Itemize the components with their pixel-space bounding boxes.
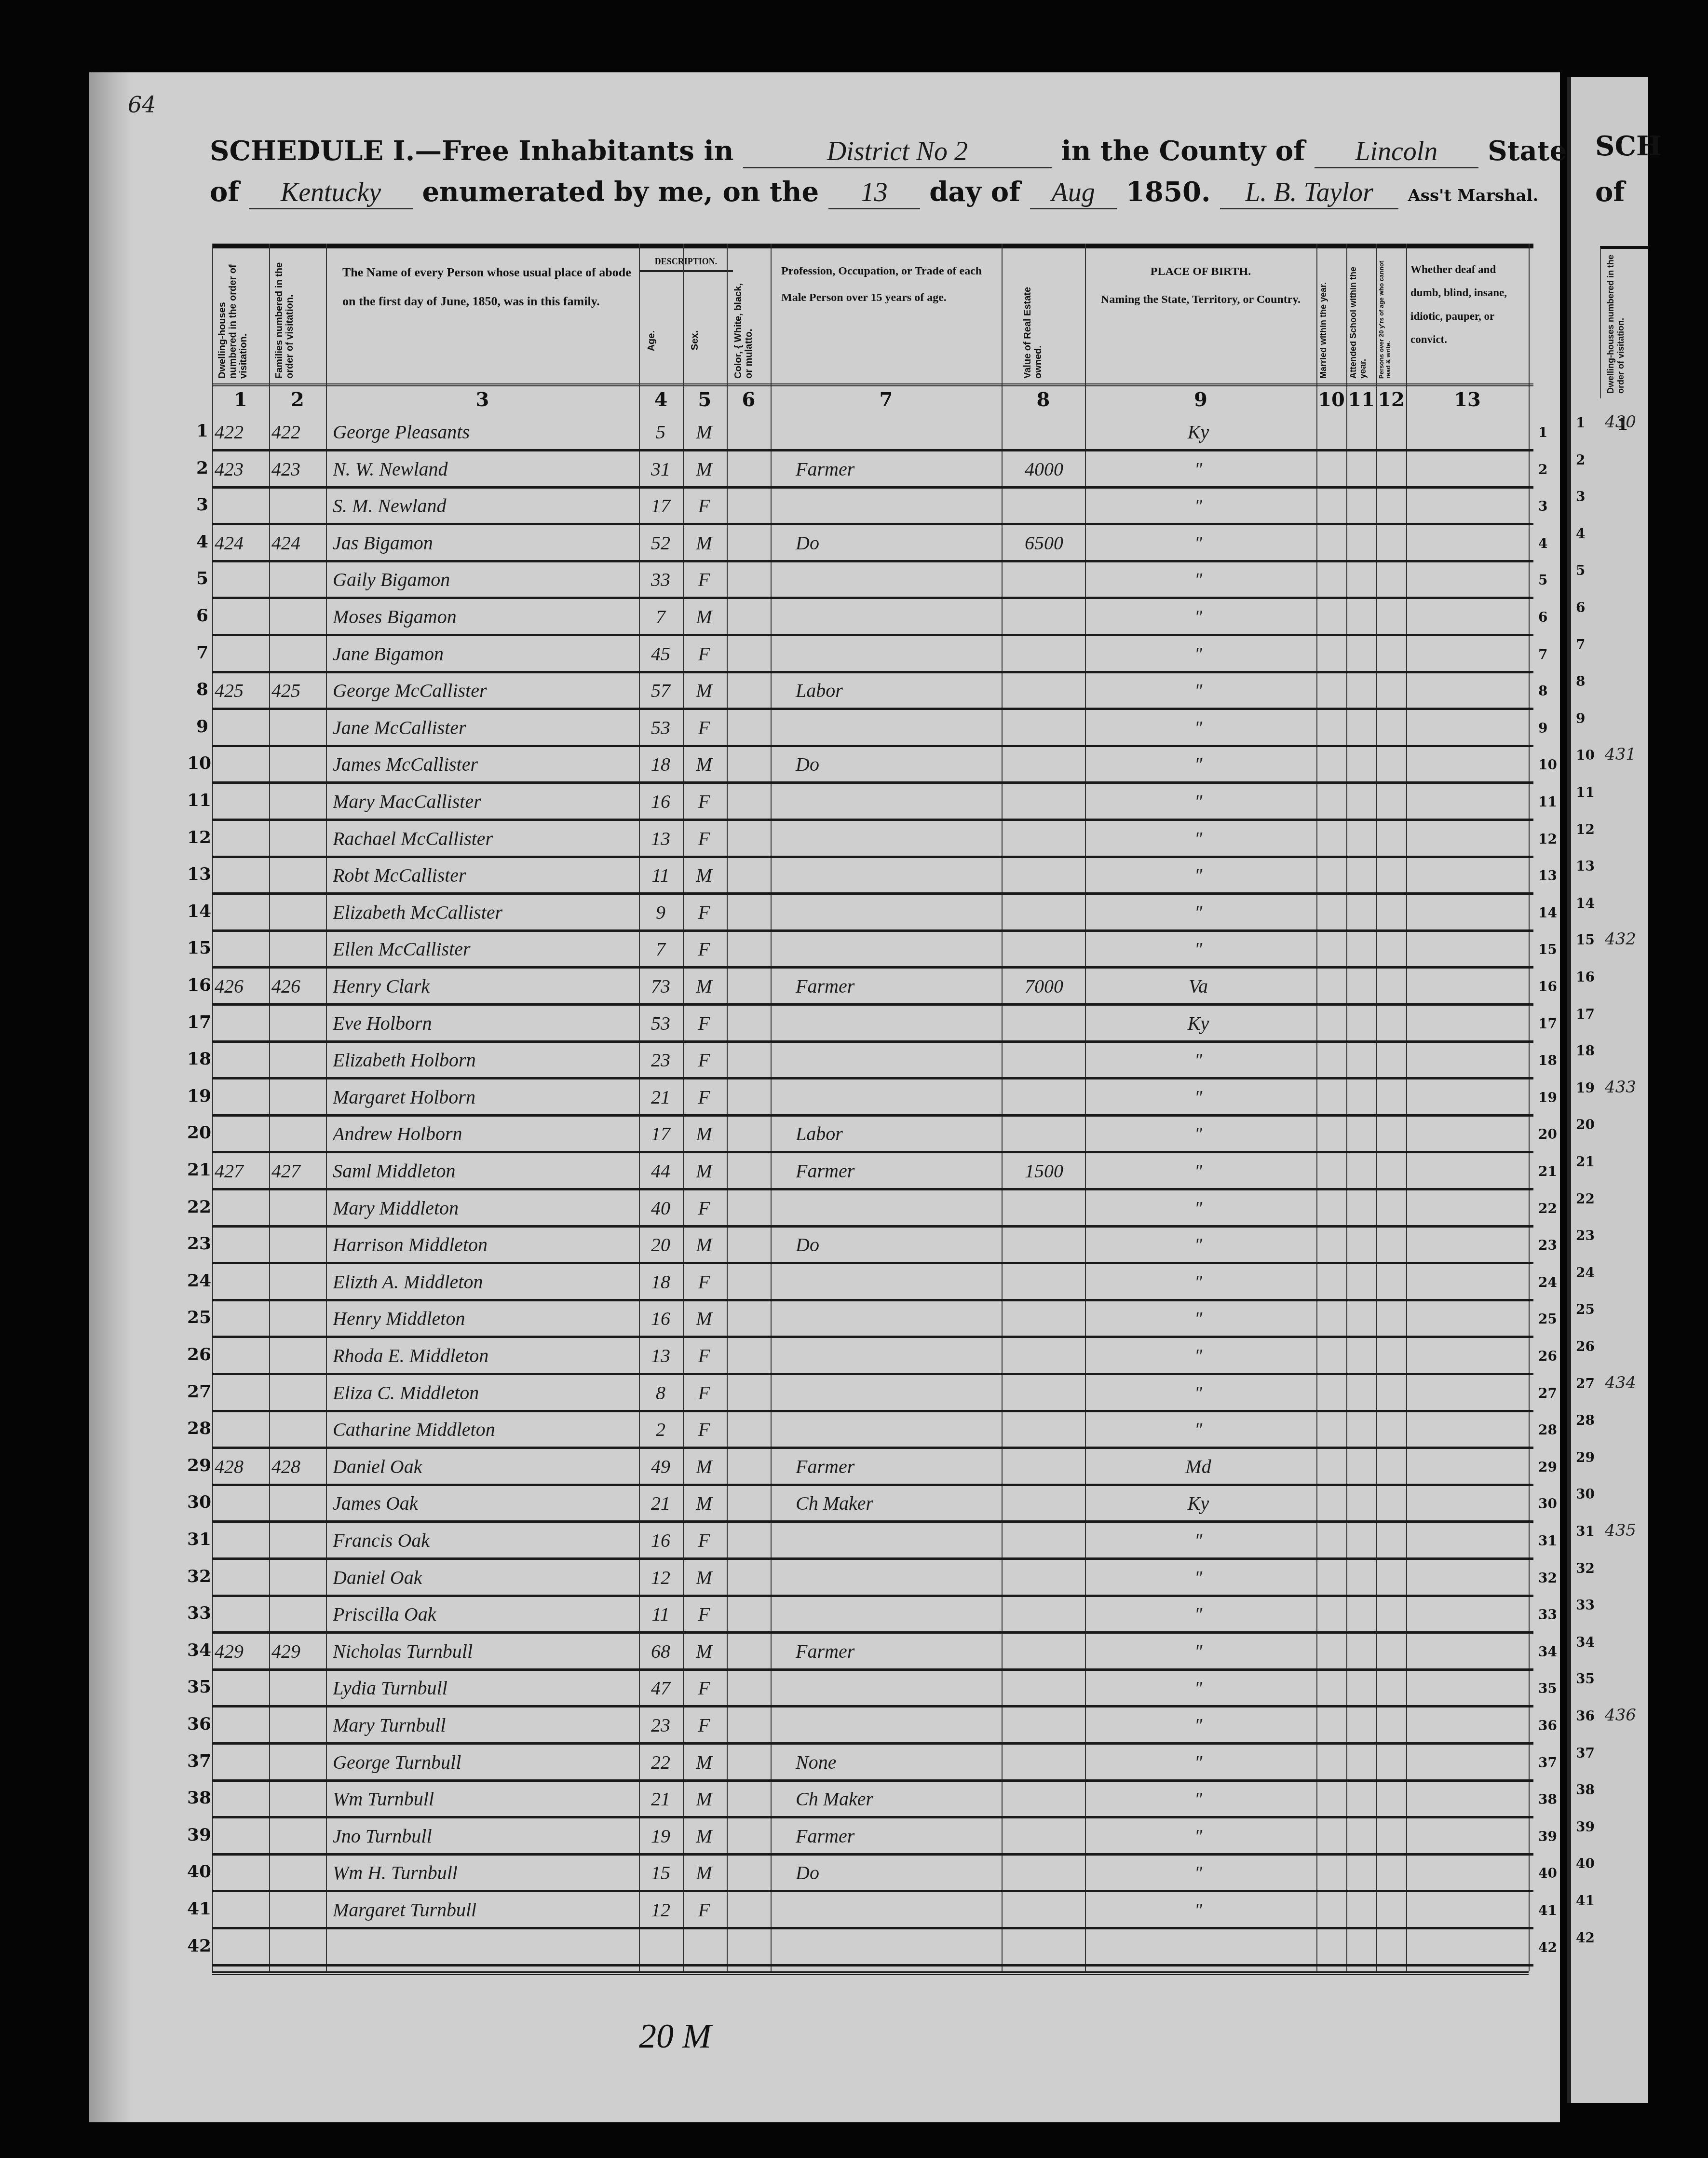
dwelling-number: 422 [215,421,268,450]
header-age: Age. [646,330,657,379]
family-number: 423 [271,458,325,487]
age: 5 [641,421,680,450]
sex: F [685,1049,723,1078]
occupation: Do [776,1861,1017,1890]
color [728,1640,767,1669]
row-number: 30 [187,1492,208,1512]
row-number-right: 3 [1538,498,1547,514]
row-number-right: 12 [1538,831,1557,847]
row-rule [212,1705,1533,1707]
sex: M [685,1825,723,1854]
table-row: 1414Elizabeth McCallister9F" [212,895,1533,932]
column-number: 7 [771,388,1002,411]
birthplace: Va [1087,975,1309,1004]
row-number: 1 [187,421,208,441]
state-label: State [1488,135,1567,167]
occupation [776,494,1017,523]
occupation: Ch Maker [776,1788,1017,1817]
family-number [271,1049,325,1078]
real-estate-value [1005,1825,1083,1854]
dwelling-number: 423 [215,458,268,487]
table-row: 3333Priscilla Oak11F" [212,1597,1533,1634]
birthplace: " [1087,1049,1309,1078]
dwelling-number: 424 [215,532,268,560]
table-row: 1818Elizabeth Holborn23F" [212,1043,1533,1079]
age: 13 [641,827,680,856]
sex: M [685,605,723,634]
family-number [271,494,325,523]
column-number: 9 [1085,388,1316,411]
person-name: Margaret Holborn [333,1086,632,1115]
row-number: 10 [187,753,208,773]
column-number: 12 [1376,388,1406,411]
birthplace: Ky [1087,1492,1309,1521]
column-number: 3 [326,388,639,411]
table-row: 3737George Turnbull22MNone" [212,1745,1533,1782]
occupation [776,1418,1017,1447]
table-row: 3131Francis Oak16F" [212,1523,1533,1560]
real-estate-value [1005,1677,1083,1706]
marshal-name-field: L. B. Taylor [1220,177,1398,209]
dwelling-number: 427 [215,1160,268,1188]
occupation: Farmer [776,1455,1017,1484]
real-estate-value [1005,1418,1083,1447]
row-number-right: 28 [1538,1422,1557,1438]
county-label: in the County of [1061,135,1305,167]
dwelling-number [215,716,268,745]
family-number: 428 [271,1455,325,1484]
row-number-right: 40 [1538,1865,1557,1881]
dwelling-number [215,1012,268,1041]
sex: F [685,1418,723,1447]
page-number: 64 [128,92,156,118]
sex: M [685,1307,723,1336]
adjacent-row-number: 21 [1576,1154,1595,1170]
dwelling-number [215,1233,268,1262]
row-number-right: 33 [1538,1607,1557,1623]
table-row: 11422422George Pleasants5MKy [212,415,1533,451]
color [728,1418,767,1447]
dwelling-number [215,1529,268,1558]
occupation [776,605,1017,634]
color [728,421,767,450]
row-number-right: 1 [1538,424,1547,440]
occupation: Farmer [776,1640,1017,1669]
row-number: 22 [187,1197,208,1217]
color [728,827,767,856]
column-number: 2 [269,388,326,411]
header-family: Families numbered in the order of visita… [274,258,322,383]
adjacent-row-number: 24 [1576,1265,1595,1281]
row-rule [212,892,1533,895]
row-number: 41 [187,1898,208,1919]
family-number [271,1825,325,1854]
dwelling-number [215,1603,268,1632]
color [728,458,767,487]
real-estate-value [1005,1344,1083,1373]
header-real-estate: Value of Real Estate owned. [1022,258,1061,383]
birthplace: " [1087,753,1309,782]
real-estate-value [1005,1012,1083,1041]
row-rule [212,1003,1533,1006]
sex: M [685,1640,723,1669]
age: 17 [641,494,680,523]
birthplace: " [1087,1751,1309,1780]
of-label: of [210,176,239,208]
row-number: 8 [187,679,208,699]
row-rule [212,671,1533,673]
row-number: 29 [187,1455,208,1475]
row-number: 6 [187,605,208,626]
birthplace: Ky [1087,1012,1309,1041]
row-number-right: 35 [1538,1680,1557,1696]
table-row: 1010James McCallister18MDo" [212,747,1533,784]
real-estate-value [1005,938,1083,967]
row-number: 27 [187,1381,208,1402]
color [728,1603,767,1632]
row-number: 26 [187,1344,208,1365]
age: 12 [641,1898,680,1927]
family-number [271,642,325,671]
color [728,1307,767,1336]
adjacent-title: SCH [1595,130,1662,162]
real-estate-value [1005,1861,1083,1890]
row-rule [212,523,1533,525]
birthplace: " [1087,1307,1309,1336]
row-number: 24 [187,1270,208,1291]
dwelling-number [215,1086,268,1115]
row-number: 18 [187,1049,208,1069]
dwelling-number [215,494,268,523]
color [728,1529,767,1558]
age: 8 [641,1381,680,1410]
row-number: 36 [187,1714,208,1734]
table-row: 2727Eliza C. Middleton8F" [212,1376,1533,1412]
person-name: Andrew Holborn [333,1122,632,1151]
occupation [776,421,1017,450]
age: 22 [641,1751,680,1780]
row-rule [212,1114,1533,1117]
person-name: George Pleasants [333,421,632,450]
real-estate-value [1005,1788,1083,1817]
color [728,642,767,671]
occupation: Farmer [776,458,1017,487]
occupation [776,1270,1017,1299]
sex: M [685,864,723,893]
row-number-right: 7 [1538,646,1547,662]
birthplace: " [1087,1529,1309,1558]
row-number: 16 [187,975,208,995]
family-number [271,1197,325,1226]
family-number [271,568,325,597]
table-row: 2323Harrison Middleton20MDo" [212,1228,1533,1264]
real-estate-value: 1500 [1005,1160,1083,1188]
age: 40 [641,1197,680,1226]
sex: F [685,494,723,523]
person-name: Eve Holborn [333,1012,632,1041]
real-estate-value [1005,1529,1083,1558]
birthplace: " [1087,1233,1309,1262]
family-number [271,753,325,782]
age: 21 [641,1492,680,1521]
adjacent-row-number: 14 [1576,895,1595,911]
month-field: Aug [1030,177,1117,209]
row-number: 37 [187,1751,208,1771]
real-estate-value: 7000 [1005,975,1083,1004]
column-number: 11 [1346,388,1376,411]
occupation [776,716,1017,745]
family-number: 429 [271,1640,325,1669]
occupation [776,1603,1017,1632]
table-row: 4242 [212,1930,1533,1967]
person-name: Margaret Turnbull [333,1898,632,1927]
occupation: Farmer [776,1825,1017,1854]
real-estate-value [1005,1898,1083,1927]
adjacent-row-number: 31 [1576,1523,1595,1539]
age: 31 [641,458,680,487]
real-estate-value [1005,1233,1083,1262]
row-rule [212,1853,1533,1856]
sex: F [685,568,723,597]
header-occupation: Profession, Occupation, or Trade of each… [781,258,993,383]
occupation: Do [776,753,1017,782]
row-number: 14 [187,901,208,921]
real-estate-value [1005,1122,1083,1151]
row-rule [212,1890,1533,1892]
table-row: 33S. M. Newland17F" [212,489,1533,525]
birthplace: " [1087,1677,1309,1706]
row-number-right: 22 [1538,1201,1557,1216]
color [728,716,767,745]
dwelling-number [215,827,268,856]
color [728,1160,767,1188]
row-rule [212,1373,1533,1375]
row-number-right: 29 [1538,1459,1557,1475]
row-number-right: 5 [1538,572,1547,588]
occupation [776,1898,1017,1927]
family-number [271,1714,325,1743]
row-number: 17 [187,1012,208,1032]
occupation [776,901,1017,930]
adjacent-row-number: 25 [1576,1301,1595,1317]
row-rule [212,1595,1533,1597]
family-number [271,1381,325,1410]
row-number-right: 18 [1538,1052,1557,1068]
adjacent-row-number: 12 [1576,821,1595,837]
sex: M [685,421,723,450]
dwelling-number [215,568,268,597]
occupation: Ch Maker [776,1492,1017,1521]
color [728,1861,767,1890]
row-rule [212,1484,1533,1486]
color [728,901,767,930]
row-rule [212,1631,1533,1634]
occupation [776,1307,1017,1336]
person-name: Henry Middleton [333,1307,632,1336]
row-rule [212,708,1533,710]
family-number [271,1492,325,1521]
occupation [776,1677,1017,1706]
enumerated-label: enumerated by me, on the [422,176,819,208]
color [728,605,767,634]
family-number [271,1603,325,1632]
age: 57 [641,679,680,708]
sex: M [685,975,723,1004]
real-estate-value [1005,753,1083,782]
row-number: 12 [187,827,208,847]
birthplace: " [1087,679,1309,708]
real-estate-value [1005,901,1083,930]
family-number [271,1307,325,1336]
sex: F [685,1714,723,1743]
dwelling-number [215,1566,268,1595]
person-name: Wm H. Turnbull [333,1861,632,1890]
dwelling-number [215,1049,268,1078]
row-number-right: 24 [1538,1274,1557,1290]
adjacent-row-number: 11 [1576,784,1595,800]
birthplace: " [1087,1640,1309,1669]
age: 45 [641,642,680,671]
person-name: Mary Middleton [333,1197,632,1226]
occupation [776,1012,1017,1041]
row-number: 42 [187,1936,208,1956]
family-number [271,1012,325,1041]
occupation: None [776,1751,1017,1780]
real-estate-value [1005,1307,1083,1336]
sex: F [685,1381,723,1410]
adjacent-row-number: 17 [1576,1006,1595,1022]
adjacent-row-number: 36 [1576,1708,1595,1724]
row-number-right: 32 [1538,1570,1557,1586]
adjacent-dwelling-number: 431 [1605,745,1636,764]
color [728,1566,767,1595]
sex [685,1936,723,1965]
adjacent-row-number: 4 [1576,526,1585,542]
dwelling-number [215,1270,268,1299]
birthplace: " [1087,790,1309,819]
person-name: N. W. Newland [333,458,632,487]
person-name: Mary MacCallister [333,790,632,819]
real-estate-value [1005,1197,1083,1226]
birthplace: " [1087,494,1309,523]
sex: F [685,790,723,819]
family-number [271,901,325,930]
adjacent-dwelling-number: 433 [1605,1078,1636,1097]
person-name: Jno Turnbull [333,1825,632,1854]
sex: M [685,1788,723,1817]
table-row: 1515Ellen McCallister7F" [212,932,1533,969]
adjacent-row-number: 15 [1576,932,1595,948]
person-name: Elizth A. Middleton [333,1270,632,1299]
birthplace: " [1087,1270,1309,1299]
dwelling-number [215,1936,268,1965]
year: 1850. [1126,176,1210,208]
district-field: District No 2 [743,136,1052,168]
adjacent-row-number: 23 [1576,1228,1595,1243]
age: 12 [641,1566,680,1595]
row-number: 23 [187,1233,208,1254]
sex: F [685,901,723,930]
table-row: 4141Margaret Turnbull12F" [212,1893,1533,1929]
age: 52 [641,532,680,560]
birthplace: " [1087,1825,1309,1854]
dwelling-number [215,1751,268,1780]
real-estate-value [1005,1640,1083,1669]
real-estate-value [1005,642,1083,671]
person-name: Priscilla Oak [333,1603,632,1632]
adjacent-header: Dwelling-houses numbered in the order of… [1600,246,1649,398]
age: 11 [641,1603,680,1632]
adjacent-dwelling-number: 434 [1605,1373,1636,1393]
person-name [333,1936,632,1965]
person-name: James McCallister [333,753,632,782]
sex: F [685,1197,723,1226]
person-name: Daniel Oak [333,1455,632,1484]
dwelling-number [215,1381,268,1410]
real-estate-value [1005,679,1083,708]
birthplace: " [1087,938,1309,967]
sex: F [685,1898,723,1927]
table-row: 2929428428Daniel Oak49MFarmerMd [212,1449,1533,1486]
age: 20 [641,1233,680,1262]
birthplace: " [1087,1788,1309,1817]
color [728,1344,767,1373]
header-dwelling: Dwelling-houses numbered in the order of… [217,258,265,383]
dwelling-number: 425 [215,679,268,708]
row-number: 11 [187,790,208,810]
birthplace: " [1087,1197,1309,1226]
row-number-right: 38 [1538,1791,1557,1807]
table-row: 77Jane Bigamon45F" [212,637,1533,673]
color [728,1492,767,1521]
color [728,1049,767,1078]
row-number: 5 [187,568,208,588]
row-number-right: 20 [1538,1126,1557,1142]
marshal-label: Ass't Marshal. [1408,186,1538,205]
person-name: Jane McCallister [333,716,632,745]
dwelling-number [215,1344,268,1373]
person-name: Wm Turnbull [333,1788,632,1817]
adjacent-row-number: 28 [1576,1412,1595,1428]
color [728,1751,767,1780]
dwelling-number [215,1677,268,1706]
color [728,1122,767,1151]
header-illiterate: Persons over 20 y'rs of age who cannot r… [1378,258,1405,383]
schedule-title-line-1: SCHEDULE I.—Free Inhabitants in District… [210,135,1567,168]
row-number-right: 36 [1538,1718,1557,1734]
birthplace: " [1087,827,1309,856]
birthplace: " [1087,1344,1309,1373]
occupation [776,1197,1017,1226]
birthplace: " [1087,568,1309,597]
age: 15 [641,1861,680,1890]
birthplace [1087,1936,1309,1965]
row-rule [212,819,1533,821]
adjacent-row-number: 5 [1576,562,1585,578]
family-number [271,1086,325,1115]
adjacent-row-number: 32 [1576,1560,1595,1576]
person-name: Saml Middleton [333,1160,632,1188]
occupation [776,938,1017,967]
family-number [271,1566,325,1595]
color [728,1714,767,1743]
real-estate-value [1005,1455,1083,1484]
adjacent-row-number: 38 [1576,1782,1595,1798]
occupation [776,1086,1017,1115]
person-name: Mary Turnbull [333,1714,632,1743]
adjacent-dwelling-number: 435 [1605,1521,1636,1540]
age: 21 [641,1788,680,1817]
